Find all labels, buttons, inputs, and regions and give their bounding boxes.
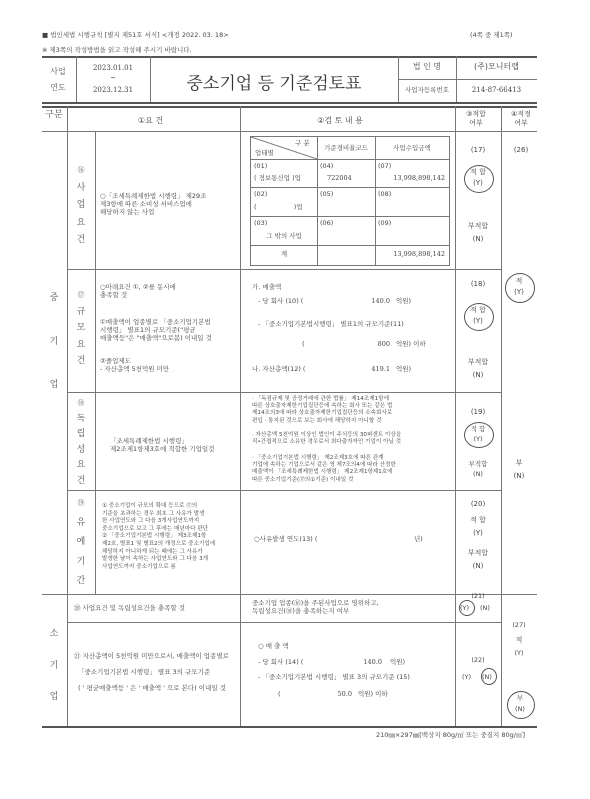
indep-review-2: · 자산총액 5천억원 이상인 법인이 주식등의 30퍼센트 이상을 직•간접적… — [252, 432, 452, 446]
business-year-label-1: 사업 — [42, 67, 74, 77]
row2-code-no: (05) — [320, 190, 333, 198]
row1-code: 722004 — [327, 174, 352, 182]
reason-year-unit[interactable]: 년) — [414, 535, 423, 543]
small-review-a: 중소기업 업종(⑯)을 주된사업으로 영위하고, 독립성요건(⑱)을 충족하는지… — [252, 599, 452, 615]
indep-review-1: · 「독점규제 및 공정거래에 관한 법률」 제14조제1항에 따른 상호출자제… — [252, 396, 452, 425]
row2-no: (02) — [254, 190, 267, 198]
adequate-26-number: (26) — [501, 146, 541, 155]
total-label: 계 — [251, 250, 317, 258]
fit-17-number: (17) — [455, 146, 501, 155]
fit-18-yes[interactable]: 적 합 — [455, 306, 501, 315]
scale-req-text-1: ○아래요건 ①, ②를 동시에 충족할 것 — [100, 283, 236, 299]
period-separator: ~ — [76, 74, 150, 83]
fit-19-number: (19) — [455, 408, 501, 417]
fit-20-yes[interactable]: 적 합 — [455, 516, 501, 525]
assets-value: 419.1 — [340, 365, 390, 373]
col-category: 구분 — [42, 110, 66, 120]
company-sales-unit: 억원) — [396, 297, 411, 305]
fit-22-number: (22) — [455, 656, 501, 664]
row3-rev-no: (09) — [378, 219, 391, 227]
scale-req-label: ⑰규모요건 — [67, 290, 95, 366]
page-title: 중소기업 등 기준검토표 — [150, 69, 398, 94]
fit-19-no-code: (N) — [455, 470, 501, 478]
fit-22-no[interactable]: (N) — [482, 673, 492, 681]
row1-revenue: 13,998,898,142 — [375, 174, 445, 182]
fit-20-number: (20) — [455, 500, 501, 509]
form-reference: ■ 법인세법 시행규칙 [별지 제51호 서식] <개정 2022. 03. 1… — [42, 31, 229, 39]
assets-unit: 억원) — [396, 365, 411, 373]
assets-label: 나. 자산총액(12) ( — [252, 365, 305, 373]
fit-18-no-code: (N) — [455, 371, 501, 380]
adequate-27-number: (27) — [501, 621, 537, 629]
total-revenue: 13,998,898,142 — [375, 250, 445, 258]
adequate-27-yes[interactable]: 적 — [501, 636, 537, 645]
small-standard-paren: ( — [278, 690, 281, 698]
col-requirement: ①요 건 — [67, 116, 234, 126]
small-company-label: - 당 회사 (14) ( — [258, 658, 303, 666]
row1-no: (01) — [254, 162, 267, 170]
adequate-27-no[interactable]: 부 — [501, 694, 539, 702]
business-req-text: ○「조세특례제한법 시행령」 제29조 제3항에 따른 소비성 서비스업에 해당… — [100, 192, 236, 216]
row1-name: ( 정보통신업 )업 — [254, 174, 301, 182]
grace-req-text: ① 중소기업이 규모의 확대 등으로 ⑰의 기준을 초과하는 경우 최초 그 사… — [102, 503, 238, 571]
sales-title: 가. 매출액 — [252, 283, 281, 291]
business-year-label-2: 연도 — [42, 83, 74, 93]
small-req-a: ⑳ 사업요건 및 독립성요건을 충족할 것 — [74, 604, 185, 612]
fit-18-no[interactable]: 부적합 — [455, 358, 501, 367]
biz-reg-label: 사업자등록번호 — [398, 86, 456, 94]
fit-17-yes-code: (Y) — [455, 179, 501, 188]
row3-name: 그 밖의 사업 — [251, 232, 317, 240]
col-revenue-header: 사업수입금액 — [375, 144, 449, 152]
adequate-yes-code: (Y) — [501, 288, 537, 297]
page-indicator: (4쪽 중 제1쪽) — [470, 31, 513, 39]
fit-21-yes[interactable]: (Y) — [460, 604, 469, 612]
fit-19-yes[interactable]: 적 합 — [455, 425, 501, 433]
col-code-header: 기준경비율코드 — [317, 144, 375, 152]
grace-period-label: ⑲유예기간 — [67, 498, 95, 586]
fit-20-yes-code: (Y) — [455, 529, 501, 538]
group-small-label: 소기업 — [42, 626, 66, 702]
scale-req-text-3: ②졸업제도 - 자산총액 5천억원 미만 — [100, 357, 236, 373]
adequate-27-no-code: (N) — [501, 705, 539, 713]
indep-review-3: · 「중소기업기본법 시행령」 제2조제3호에 따른 관계 기업에 속하는 기업… — [252, 455, 452, 484]
biz-reg-number: 214-87-66413 — [456, 86, 537, 95]
small-standard-label: - 「중소기업기본법 시행령」 별표 3의 규모기준 (15) — [258, 673, 410, 681]
company-sales-label: - 당 회사 (10) ( — [258, 297, 303, 305]
fit-18-yes-code: (Y) — [455, 317, 501, 326]
small-standard-value: 50.0 — [306, 690, 352, 698]
fit-21-no[interactable]: (N) — [480, 604, 490, 612]
paper-spec: 210㎜×297㎜[백상지 80g/㎡ 또는 중질지 80g/㎡] — [376, 731, 525, 739]
fit-18-number: (18) — [455, 280, 501, 289]
small-sales-title: ○ 매 출 액 — [258, 642, 289, 650]
row3-code-no: (06) — [320, 219, 333, 227]
standard-label: - 「중소기업기본법시행령」 별표1의 규모기준(11) — [258, 320, 404, 328]
instruction-note: ※ 제3쪽의 작성방법을 읽고 작성해 주시기 바랍니다. — [42, 46, 192, 54]
col-fit: ③적합여부 — [455, 110, 497, 128]
period-start: 2023.01.01 — [76, 64, 150, 73]
row2-rev-no: (08) — [378, 190, 391, 198]
small-req-b-2: 「중소기업기본법 시행령」 별표 3의 규모기준 — [78, 668, 210, 676]
fit-19-no[interactable]: 부적합 — [455, 460, 501, 468]
fit-19-yes-code: (Y) — [455, 435, 501, 443]
standard-paren: ( — [302, 340, 305, 348]
fit-17-no[interactable]: 부적합 — [455, 222, 501, 231]
business-req-label: ⑯사업요건 — [67, 165, 95, 245]
corp-name-label: 법 인 명 — [398, 62, 456, 72]
business-type-table: 구 분 업태별 기준경비율코드 사업수입금액 (01) ( 정보통신업 )업 (… — [250, 136, 450, 266]
period-end: 2023.12.31 — [76, 86, 150, 95]
indep-req-label: ⑱독립성요건 — [67, 398, 95, 486]
small-company-value: 140.0 — [330, 658, 382, 666]
adequate-27-yes-code: (Y) — [501, 649, 537, 657]
col-review: ②검 토 내 용 — [240, 116, 440, 126]
company-sales-value: 140.0 — [340, 297, 390, 305]
fit-22-yes[interactable]: (Y) — [462, 673, 471, 681]
scale-req-text-2: ①매출액이 업종별로 「중소기업기본법 시행령」 별표1의 규모기준("평균 매… — [100, 318, 238, 342]
corp-name: (주)모니터랩 — [456, 62, 537, 72]
small-req-b-3: ( ' 평균매출액등 ' 은 ' 매출액 ' 으로 본다) 이내일 것 — [78, 684, 226, 692]
corner-header-top: 구 분 — [295, 139, 310, 147]
fit-20-no-code: (N) — [455, 562, 501, 571]
small-req-b: ㉑ 자산총액이 5천억원 미만으로서, 매출액이 업종별로 — [74, 652, 229, 660]
small-company-unit: 억원) — [390, 658, 405, 666]
fit-20-no[interactable]: 부적합 — [455, 549, 501, 558]
row3-no: (03) — [254, 219, 267, 227]
indep-req-text: 「조세특례제한법 시행령」 제2조제1항제3호에 적합한 기업일것 — [110, 437, 238, 453]
col-adequate: ④적정여부 — [501, 110, 541, 128]
row2-name: ( )업 — [254, 203, 303, 211]
fit-17-no-code: (N) — [455, 235, 501, 244]
corner-header-bottom: 업태별 — [255, 149, 274, 157]
fit-17-yes[interactable]: 적 합 — [455, 168, 501, 177]
row1-code-no: (04) — [320, 162, 333, 170]
reason-year-label: ○사유발생 연도(13) ( — [254, 535, 317, 543]
small-standard-unit: 억원) 이하 — [358, 690, 388, 698]
fit-21-number: (21) — [455, 592, 501, 600]
standard-value: 800 — [340, 340, 390, 348]
group-medium-label: 중기업 — [42, 290, 66, 390]
adequate-no[interactable]: 부 — [501, 459, 537, 468]
standard-unit: 억원) 이하 — [396, 340, 426, 348]
adequate-yes[interactable]: 적 — [501, 277, 537, 286]
adequate-no-code: (N) — [501, 472, 537, 481]
row1-rev-no: (07) — [378, 162, 391, 170]
